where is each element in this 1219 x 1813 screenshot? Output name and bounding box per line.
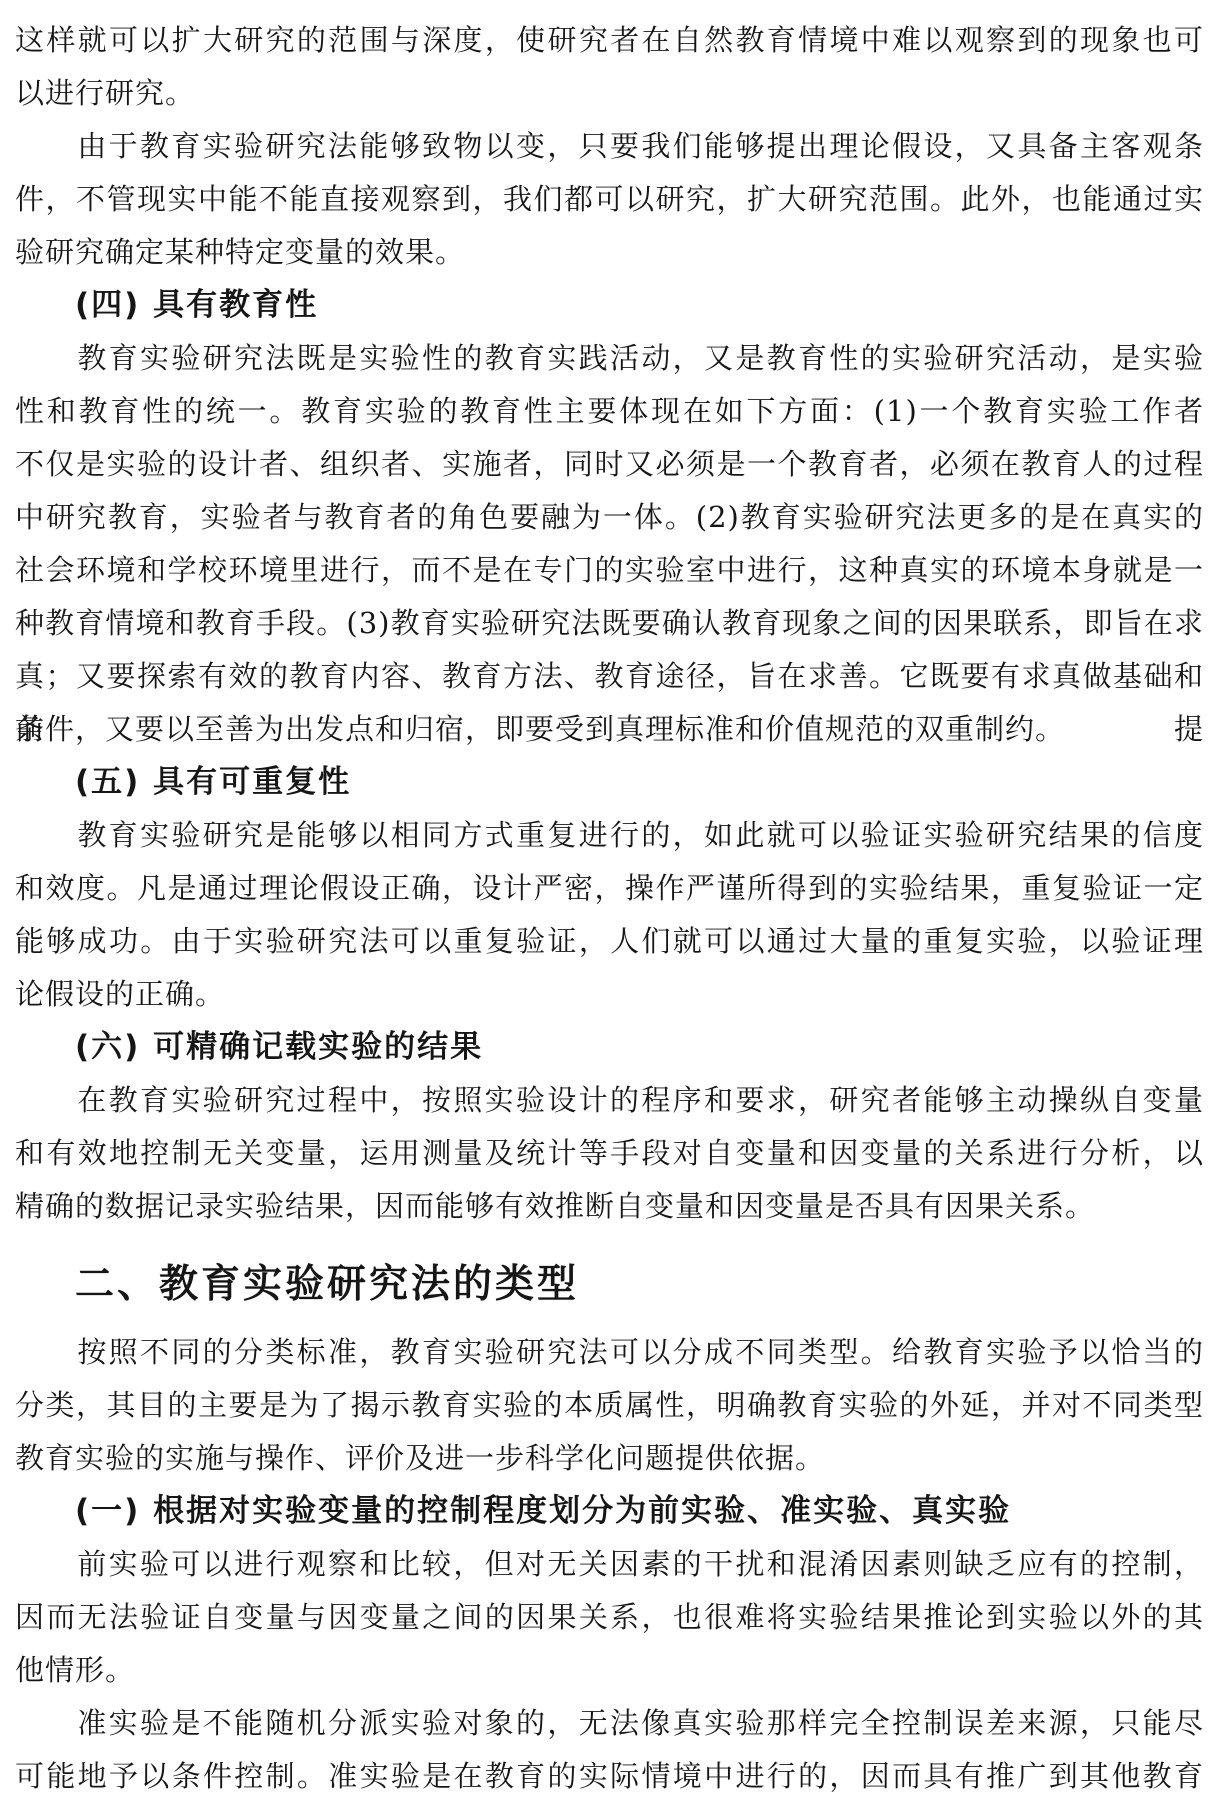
text-line: 件，不管现实中能不能直接观察到，我们都可以研究，扩大研究范围。此外，也能通过实 [15,173,1204,226]
subsection-heading: (六) 可精确记载实验的结果 [15,1021,1204,1074]
text-line: 和有效地控制无关变量，运用测量及统计等手段对自变量和因变量的关系进行分析，以 [15,1127,1204,1180]
text-line: 由于教育实验研究法能够致物以变，只要我们能够提出理论假设，又具备主客观条 [15,120,1204,173]
text-line: 教育实验研究法既是实验性的教育实践活动，又是教育性的实验研究活动，是实验 [15,332,1204,385]
document-page: 这样就可以扩大研究的范围与深度，使研究者在自然教育情境中难以观察到的现象也可以进… [0,0,1219,1813]
text-line: 种教育情境和教育手段。(3)教育实验研究法既要确认教育现象之间的因果联系，即旨在… [15,597,1204,650]
text-line: 在教育实验研究过程中，按照实验设计的程序和要求，研究者能够主动操纵自变量 [15,1074,1204,1127]
text-line: 中研究教育，实验者与教育者的角色要融为一体。(2)教育实验研究法更多的是在真实的 [15,491,1204,544]
text-line: 社会环境和学校环境里进行，而不是在专门的实验室中进行，这种真实的环境本身就是一 [15,544,1204,597]
text-line: 和效度。凡是通过理论假设正确，设计严密，操作严谨所得到的实验结果，重复验证一定 [15,862,1204,915]
subsection-heading: (四) 具有教育性 [15,279,1204,332]
text-line: 这样就可以扩大研究的范围与深度，使研究者在自然教育情境中难以观察到的现象也可 [15,14,1204,67]
text-line: 论假设的正确。 [15,968,1204,1021]
text-content: 这样就可以扩大研究的范围与深度，使研究者在自然教育情境中难以观察到的现象也可以进… [15,14,1204,1803]
text-line: 以进行研究。 [15,67,1204,120]
text-line: 精确的数据记录实验结果，因而能够有效推断自变量和因变量是否具有因果关系。 [15,1180,1204,1233]
text-line: 按照不同的分类标准，教育实验研究法可以分成不同类型。给教育实验予以恰当的 [15,1326,1204,1379]
text-line: 准实验是不能随机分派实验对象的，无法像真实验那样完全控制误差来源，只能尽 [15,1697,1204,1750]
text-line: 教育实验的实施与操作、评价及进一步科学化问题提供依据。 [15,1432,1204,1485]
text-line: 分类，其目的主要是为了揭示教育实验的本质属性，明确教育实验的外延，并对不同类型 [15,1379,1204,1432]
text-line: 真；又要探索有效的教育内容、教育方法、教育途径，旨在求善。它既要有求真做基础和前… [15,650,1204,703]
text-line: 不仅是实验的设计者、组织者、实施者，同时又必须是一个教育者，必须在教育人的过程 [15,438,1204,491]
text-line: 可能地予以条件控制。准实验是在教育的实际情境中进行的，因而具有推广到其他教育 [15,1750,1204,1803]
text-line: 教育实验研究是能够以相同方式重复进行的，如此就可以验证实验研究结果的信度 [15,809,1204,862]
text-line: 性和教育性的统一。教育实验的教育性主要体现在如下方面：(1)一个教育实验工作者 [15,385,1204,438]
text-line: 验研究确定某种特定变量的效果。 [15,226,1204,279]
text-line: 前实验可以进行观察和比较，但对无关因素的干扰和混淆因素则缺乏应有的控制， [15,1538,1204,1591]
text-line: 条件，又要以至善为出发点和归宿，即要受到真理标准和价值规范的双重制约。 [15,703,1204,756]
subsection-heading: (一) 根据对实验变量的控制程度划分为前实验、准实验、真实验 [15,1485,1204,1538]
text-line: 他情形。 [15,1644,1204,1697]
subsection-heading: (五) 具有可重复性 [15,756,1204,809]
section-heading: 二、教育实验研究法的类型 [15,1233,1204,1326]
text-line: 因而无法验证自变量与因变量之间的因果关系，也很难将实验结果推论到实验以外的其 [15,1591,1204,1644]
text-line: 能够成功。由于实验研究法可以重复验证，人们就可以通过大量的重复实验，以验证理 [15,915,1204,968]
